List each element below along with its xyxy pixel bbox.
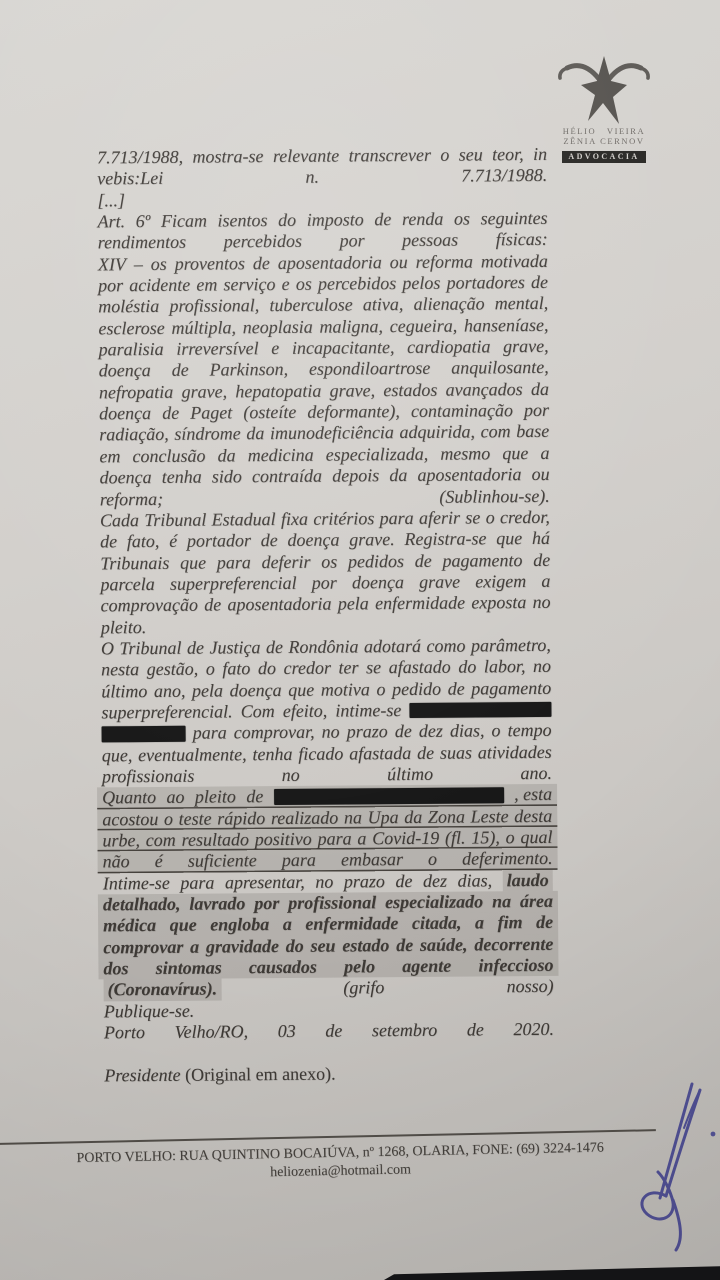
footer: PORTO VELHO: RUA QUINTINO BOCAIÚVA, nº 1… (40, 1139, 641, 1187)
text-span: motiva (321, 679, 370, 701)
text-span: credor, (500, 507, 550, 529)
text-span: que, (102, 745, 133, 767)
text-span: de (187, 637, 204, 658)
text-span: mesmo (440, 443, 490, 465)
text-span: de (266, 637, 283, 658)
text-span: (Original em anexo). (181, 1063, 336, 1084)
text-span: 6º (136, 211, 151, 232)
text-span: medicina (248, 445, 314, 467)
text-span: alienação (413, 294, 484, 316)
text-line: últimoano,peladoençaquemotivaopedidodepa… (101, 677, 551, 702)
text-span: para (317, 828, 351, 850)
text-span: a (540, 443, 549, 464)
text-span: Com (241, 701, 275, 723)
text-span: XIV (98, 254, 126, 276)
text-span: por (312, 572, 337, 594)
text-span: teor, (492, 144, 524, 166)
text-line: Art.6ºFicamisentosdoimpostoderendaossegu… (98, 208, 548, 233)
text-span: detalhado, (103, 894, 181, 916)
text-span: espondiloartrose (309, 358, 431, 380)
text-span: por (98, 275, 123, 297)
text-span: sintomas (156, 958, 222, 980)
text-span: comprovar, (234, 722, 315, 744)
text-span: lavrado (189, 893, 245, 915)
text-span: efeito, (283, 701, 328, 723)
text-span: em (99, 446, 120, 468)
text-span: para (380, 508, 414, 530)
text-line: que,eventualmente,tenhaficadoafastadades… (102, 741, 552, 766)
text-span: é (169, 531, 177, 552)
text-span: serviço (223, 274, 275, 296)
text-span: do (458, 657, 476, 678)
text-span: deferir (261, 551, 310, 573)
text-span: e (282, 274, 290, 295)
text-line: dossintomascausadospeloagenteinfeccioso (98, 955, 558, 980)
text-span: a (283, 914, 292, 935)
text-span: citada, (412, 913, 462, 935)
text-span: aposentadoria (417, 464, 521, 486)
text-span: apresentar, (225, 871, 305, 893)
logo-banner: ADVOCACIA (562, 151, 645, 163)
text-span: Ficam (161, 211, 207, 233)
text-span: relevante (273, 146, 339, 168)
text-span: suas (440, 742, 472, 764)
text-span: de (531, 272, 548, 293)
text-line: comprovaçãodeaposentadoriapelaenfermidad… (101, 592, 551, 617)
text-span: tempo (507, 720, 551, 742)
text-span: reforma (416, 251, 474, 273)
text-span: Rondônia (288, 636, 358, 658)
text-span: para (282, 850, 316, 872)
text-span: o (164, 808, 173, 829)
text-span: 7.713/1988, (97, 147, 183, 169)
text-span: grave, (330, 380, 376, 402)
text-span: o (491, 721, 500, 742)
text-span: pela (338, 594, 369, 616)
text-span: depois (332, 465, 379, 487)
text-span: neoplasia (243, 316, 313, 338)
text-span: adotará (364, 636, 421, 658)
text-span: exposta (471, 592, 526, 614)
text-span: realizado (271, 807, 339, 829)
text-span: Intime-se (103, 873, 170, 895)
text-span: no (532, 592, 550, 613)
text-span: nosso) (507, 976, 554, 998)
text-span: pedidos (348, 551, 404, 573)
text-span: ativa, (363, 294, 404, 316)
text-span: grave (419, 571, 460, 593)
logo-name-line2: ZÊNIA CERNOV (551, 136, 657, 146)
text-span: e (271, 338, 279, 359)
text-span: tuberculose (269, 295, 352, 317)
text-span: hanseníase, (464, 315, 549, 337)
text-span: a (357, 828, 366, 849)
text-span: contaminação (411, 400, 513, 422)
text-span: imunodeficiência (270, 423, 394, 445)
text-span: embasar (341, 849, 403, 871)
text-span: profissional, (169, 296, 259, 318)
text-span: se (366, 657, 381, 678)
text-span: no (282, 765, 300, 786)
text-span: Registra-se (404, 529, 486, 551)
text-span: intime-se (335, 700, 401, 722)
text-span: de (448, 678, 465, 699)
text-span: adquirida, (399, 422, 475, 444)
text-span: – (134, 254, 143, 275)
text-span: que (170, 915, 197, 937)
text-span: comprovação (101, 595, 198, 617)
text-span: afastado (389, 657, 451, 679)
text-span: (osteíte (243, 402, 296, 424)
text-span: doença (352, 572, 404, 594)
text-span: reforma; (100, 488, 163, 510)
text-span: há (532, 528, 550, 549)
text-span: renda (402, 209, 443, 231)
text-span: conclusão (132, 445, 205, 467)
text-span: incapacitante, (292, 337, 395, 359)
text-span: grave, (503, 336, 549, 358)
text-span: contraída (252, 466, 322, 488)
text-span: se (465, 507, 480, 528)
text-span: aposentadoria (227, 594, 331, 616)
text-span: nesta (101, 659, 139, 681)
text-span: enfermidade (375, 593, 465, 615)
text-span: moléstia (98, 296, 159, 318)
text-span: avançados (446, 379, 523, 401)
text-span: afastada (349, 743, 411, 765)
text-span: cardiopatia (407, 336, 491, 358)
text-span: 15), (471, 827, 500, 849)
text-span: Presidente (104, 1065, 180, 1086)
text-span: aposentadoria (278, 252, 382, 274)
text-span: Leste (470, 806, 508, 828)
text-span: de (395, 871, 412, 892)
text-span: Upa (367, 807, 398, 829)
text-span: estados (383, 380, 437, 402)
text-span: ao (166, 787, 184, 808)
text-span: a (475, 913, 484, 934)
paper-sheet: HÉLIO VIEIRA ZÊNIA CERNOV ADVOCACIA 7.71… (0, 0, 720, 1280)
text-span: físicas: (496, 229, 548, 251)
text-span: dias, (457, 870, 492, 892)
text-span: de (374, 209, 391, 230)
text-span: ano. (520, 763, 552, 785)
text-span: no (533, 656, 551, 677)
text-span: os (454, 209, 470, 230)
text-span: os (151, 254, 167, 275)
text-span: de (172, 360, 189, 381)
text-span: pedido (392, 678, 441, 700)
text-span: doença (230, 680, 282, 702)
text-span: que (288, 679, 314, 701)
text-span: n. (305, 167, 319, 188)
text-span: o (376, 679, 385, 700)
text-span: pelo (344, 956, 375, 978)
text-span: Art. (98, 211, 126, 233)
text-span: de (162, 403, 179, 424)
text-span: que (496, 528, 522, 550)
text-span: que (502, 443, 528, 465)
logo-name-line1: HÉLIO VIEIRA (551, 126, 657, 136)
text-span: o (206, 659, 215, 680)
text-span: Justiça (209, 637, 260, 659)
text-span: a (541, 571, 550, 592)
text-span: (grifo (343, 978, 384, 1000)
text-span: enfermidade (305, 913, 398, 935)
text-span: deformante), (307, 401, 400, 423)
text-span: Zona (428, 806, 465, 828)
text-span: tenha (252, 744, 292, 766)
text-span: portador (187, 530, 251, 552)
text-span: no (322, 722, 340, 743)
text-span: decorrente (474, 934, 553, 956)
text-span: mental, (495, 293, 549, 315)
text-span: dez (423, 870, 447, 892)
text-span: Paget (190, 402, 232, 424)
text-span: 2020. (513, 1019, 554, 1041)
text-span: aferir (419, 507, 460, 529)
redaction-box (102, 726, 186, 742)
text-span: laudo (503, 870, 553, 892)
star-horns-icon (554, 56, 654, 126)
text-span: Quanto (102, 787, 156, 809)
text-span: da (404, 807, 422, 828)
text-span: 7.713/1988. (461, 165, 547, 187)
text-span: médica (103, 915, 156, 937)
text-span: pela (192, 680, 223, 702)
text-span: doença (99, 360, 151, 382)
text-span: pagamento (471, 677, 551, 699)
text-span: pessoas (402, 230, 458, 252)
text-span: fim (497, 912, 522, 934)
text-span: transcrever (349, 145, 431, 167)
text-span: de (417, 742, 434, 763)
text-span: superpreferencial. (101, 701, 232, 723)
text-span: maligna, (319, 316, 383, 338)
text-span: Estadual (212, 509, 276, 531)
text-span: seu (310, 935, 335, 957)
text-span: proventos (175, 253, 245, 275)
text-span: de (100, 531, 117, 552)
text-span: pleito. (101, 617, 147, 637)
text-span: paralisia (99, 339, 164, 361)
text-span: na (492, 891, 511, 912)
text-span: no (315, 871, 333, 892)
text-span: 03 (278, 1021, 296, 1042)
text-span: credor (284, 658, 331, 680)
text-span: saúde, (420, 934, 468, 956)
text-line: vebis:Lein.7.713/1988. (97, 165, 547, 190)
text-span: ter (338, 658, 358, 680)
text-span: com (146, 830, 176, 852)
text-span: de (533, 549, 550, 570)
text-span: grave, (181, 381, 227, 403)
text-span: cegueira, (390, 315, 458, 337)
text-span: base (516, 421, 549, 443)
text-span: de (204, 595, 221, 616)
text-span: Covid-19 (372, 828, 439, 850)
text-span: os (296, 274, 312, 295)
text-span: em (196, 275, 217, 297)
text-span: (Sublinhou-se). (439, 485, 550, 507)
redaction-box (274, 787, 504, 804)
text-span: grave. (349, 529, 395, 551)
text-span: hepatopatia (235, 380, 321, 402)
text-span: de (467, 1019, 484, 1040)
text-span: da (531, 379, 549, 400)
text-line: Intime-separaapresentar,noprazodedezdias… (103, 870, 553, 895)
text-span: critérios (313, 508, 374, 530)
text-span: isentos (217, 210, 267, 232)
document-body: 7.713/1988,mostra-serelevantetranscrever… (97, 144, 554, 1087)
text-span: labor, (484, 656, 526, 678)
text-span: ou (390, 252, 408, 273)
text-span: doença (100, 467, 152, 489)
text-span: síndrome (174, 424, 241, 446)
text-span: doença (287, 530, 339, 552)
text-span: infeccioso (478, 955, 553, 977)
text-span: rápido (217, 808, 265, 830)
text-span: ficado (298, 743, 343, 765)
text-span: com (481, 422, 511, 444)
text-span: (fl. (445, 828, 466, 850)
text-span: , esta (514, 784, 552, 806)
text-span: do (278, 210, 296, 231)
text-span: exigem (475, 571, 526, 593)
text-span: esclerose (98, 318, 164, 340)
text-span: doença (99, 403, 151, 425)
text-span: engloba (210, 914, 269, 936)
text-span: seguintes (480, 208, 547, 230)
text-span: rendimentos (98, 232, 186, 254)
text-span: último (101, 681, 147, 703)
text-span: Porto (104, 1022, 145, 1044)
text-span: por (254, 893, 279, 915)
text-span: agente (402, 956, 451, 978)
text-line: Presidente (Original em anexo). (104, 1062, 554, 1087)
text-span: não (103, 852, 130, 874)
text-span: especializada, (326, 444, 429, 466)
text-span: setembro (372, 1020, 437, 1042)
text-span: ou (532, 464, 550, 485)
text-span: múltipla, (171, 317, 236, 339)
text-span: último (387, 764, 433, 786)
text-span: como (426, 635, 465, 657)
text-span: o (506, 827, 515, 848)
text-span: urbe, (102, 830, 140, 852)
text-span: dez (419, 721, 443, 743)
text-span: da (246, 424, 264, 445)
text-span: Tribunal (144, 509, 206, 531)
text-span: gravidade (206, 936, 279, 958)
text-span: anquilosante, (451, 357, 549, 379)
text-span: os (321, 551, 337, 572)
text-span: [...] (97, 190, 125, 210)
text-span: o (486, 507, 495, 528)
text-span: dos (103, 958, 128, 980)
text-span: para (180, 872, 214, 894)
text-span: de (395, 721, 412, 742)
text-span: Cada (100, 510, 139, 532)
text-span: da (389, 465, 407, 486)
text-span: causados (249, 957, 317, 979)
text-span: de (261, 530, 278, 551)
text-span: atividades (478, 741, 552, 763)
text-span: da (217, 445, 235, 466)
text-span: estado (342, 935, 389, 957)
text-span: resultado (181, 829, 249, 851)
text-span: especializado (385, 891, 483, 913)
text-span: Parkinson, (209, 359, 288, 381)
text-span: fato (222, 658, 250, 680)
text-span: área (520, 891, 553, 913)
text-span: tenha (162, 467, 202, 489)
text-span: para (217, 552, 251, 574)
text-span: radiação, (99, 424, 169, 446)
text-span: (Coronavírus). (104, 979, 222, 1001)
text-span: prazo (344, 871, 385, 893)
text-span: positivo (255, 829, 312, 851)
text-span: acostou (102, 809, 158, 831)
text-span: dias, (450, 721, 485, 743)
text-span: fato, (127, 531, 160, 553)
text-span: sido (212, 466, 242, 488)
text-span: de (325, 1021, 342, 1042)
text-span: superpreferencial (170, 573, 297, 595)
text-span: por (524, 400, 549, 422)
signature (628, 1068, 720, 1273)
text-span: qual (520, 827, 552, 849)
text-span: acidente (129, 275, 190, 297)
text-span: pleito (195, 787, 236, 809)
text-line: reforma;(Sublinhou-se). (100, 485, 550, 510)
text-span: do (258, 658, 276, 679)
text-span: é (155, 851, 163, 872)
text-span: percebidos (224, 231, 302, 253)
text-span: que (180, 552, 206, 574)
text-span: in (533, 144, 547, 165)
text-span: por (339, 231, 364, 253)
text-span: imposto (307, 209, 364, 231)
text-span: portadores (446, 272, 525, 294)
text-span: mostra-se (192, 146, 263, 168)
text-span: o (428, 849, 437, 870)
text-span: Tribunais (100, 552, 169, 574)
text-span: parcela (100, 574, 154, 596)
text-span: vebis:Lei (97, 168, 163, 190)
text-span: fixa (281, 509, 308, 531)
text-span: do (286, 936, 304, 957)
text-span: eventualmente, (138, 744, 247, 766)
text-span: na (344, 807, 362, 828)
text-span: desta (514, 806, 552, 828)
text-span: gestão, (147, 659, 199, 681)
text-span: pagamento (442, 550, 522, 572)
text-span: Velho/RO, (175, 1021, 249, 1043)
text-span: Publique-se. (104, 1000, 195, 1021)
text-span: a (190, 936, 199, 957)
text-span: deferimento. (462, 848, 553, 870)
text-span: Tribunal (119, 638, 181, 660)
text-span: prazo (347, 721, 388, 743)
law-firm-logo: HÉLIO VIEIRA ZÊNIA CERNOV ADVOCACIA (551, 56, 657, 164)
text-span: comprovar (103, 936, 183, 958)
text-span: de (246, 786, 263, 807)
text-span: de (536, 912, 553, 933)
text-span: de (396, 935, 413, 956)
text-span: para (193, 723, 227, 745)
text-span: parâmetro, (471, 635, 551, 657)
